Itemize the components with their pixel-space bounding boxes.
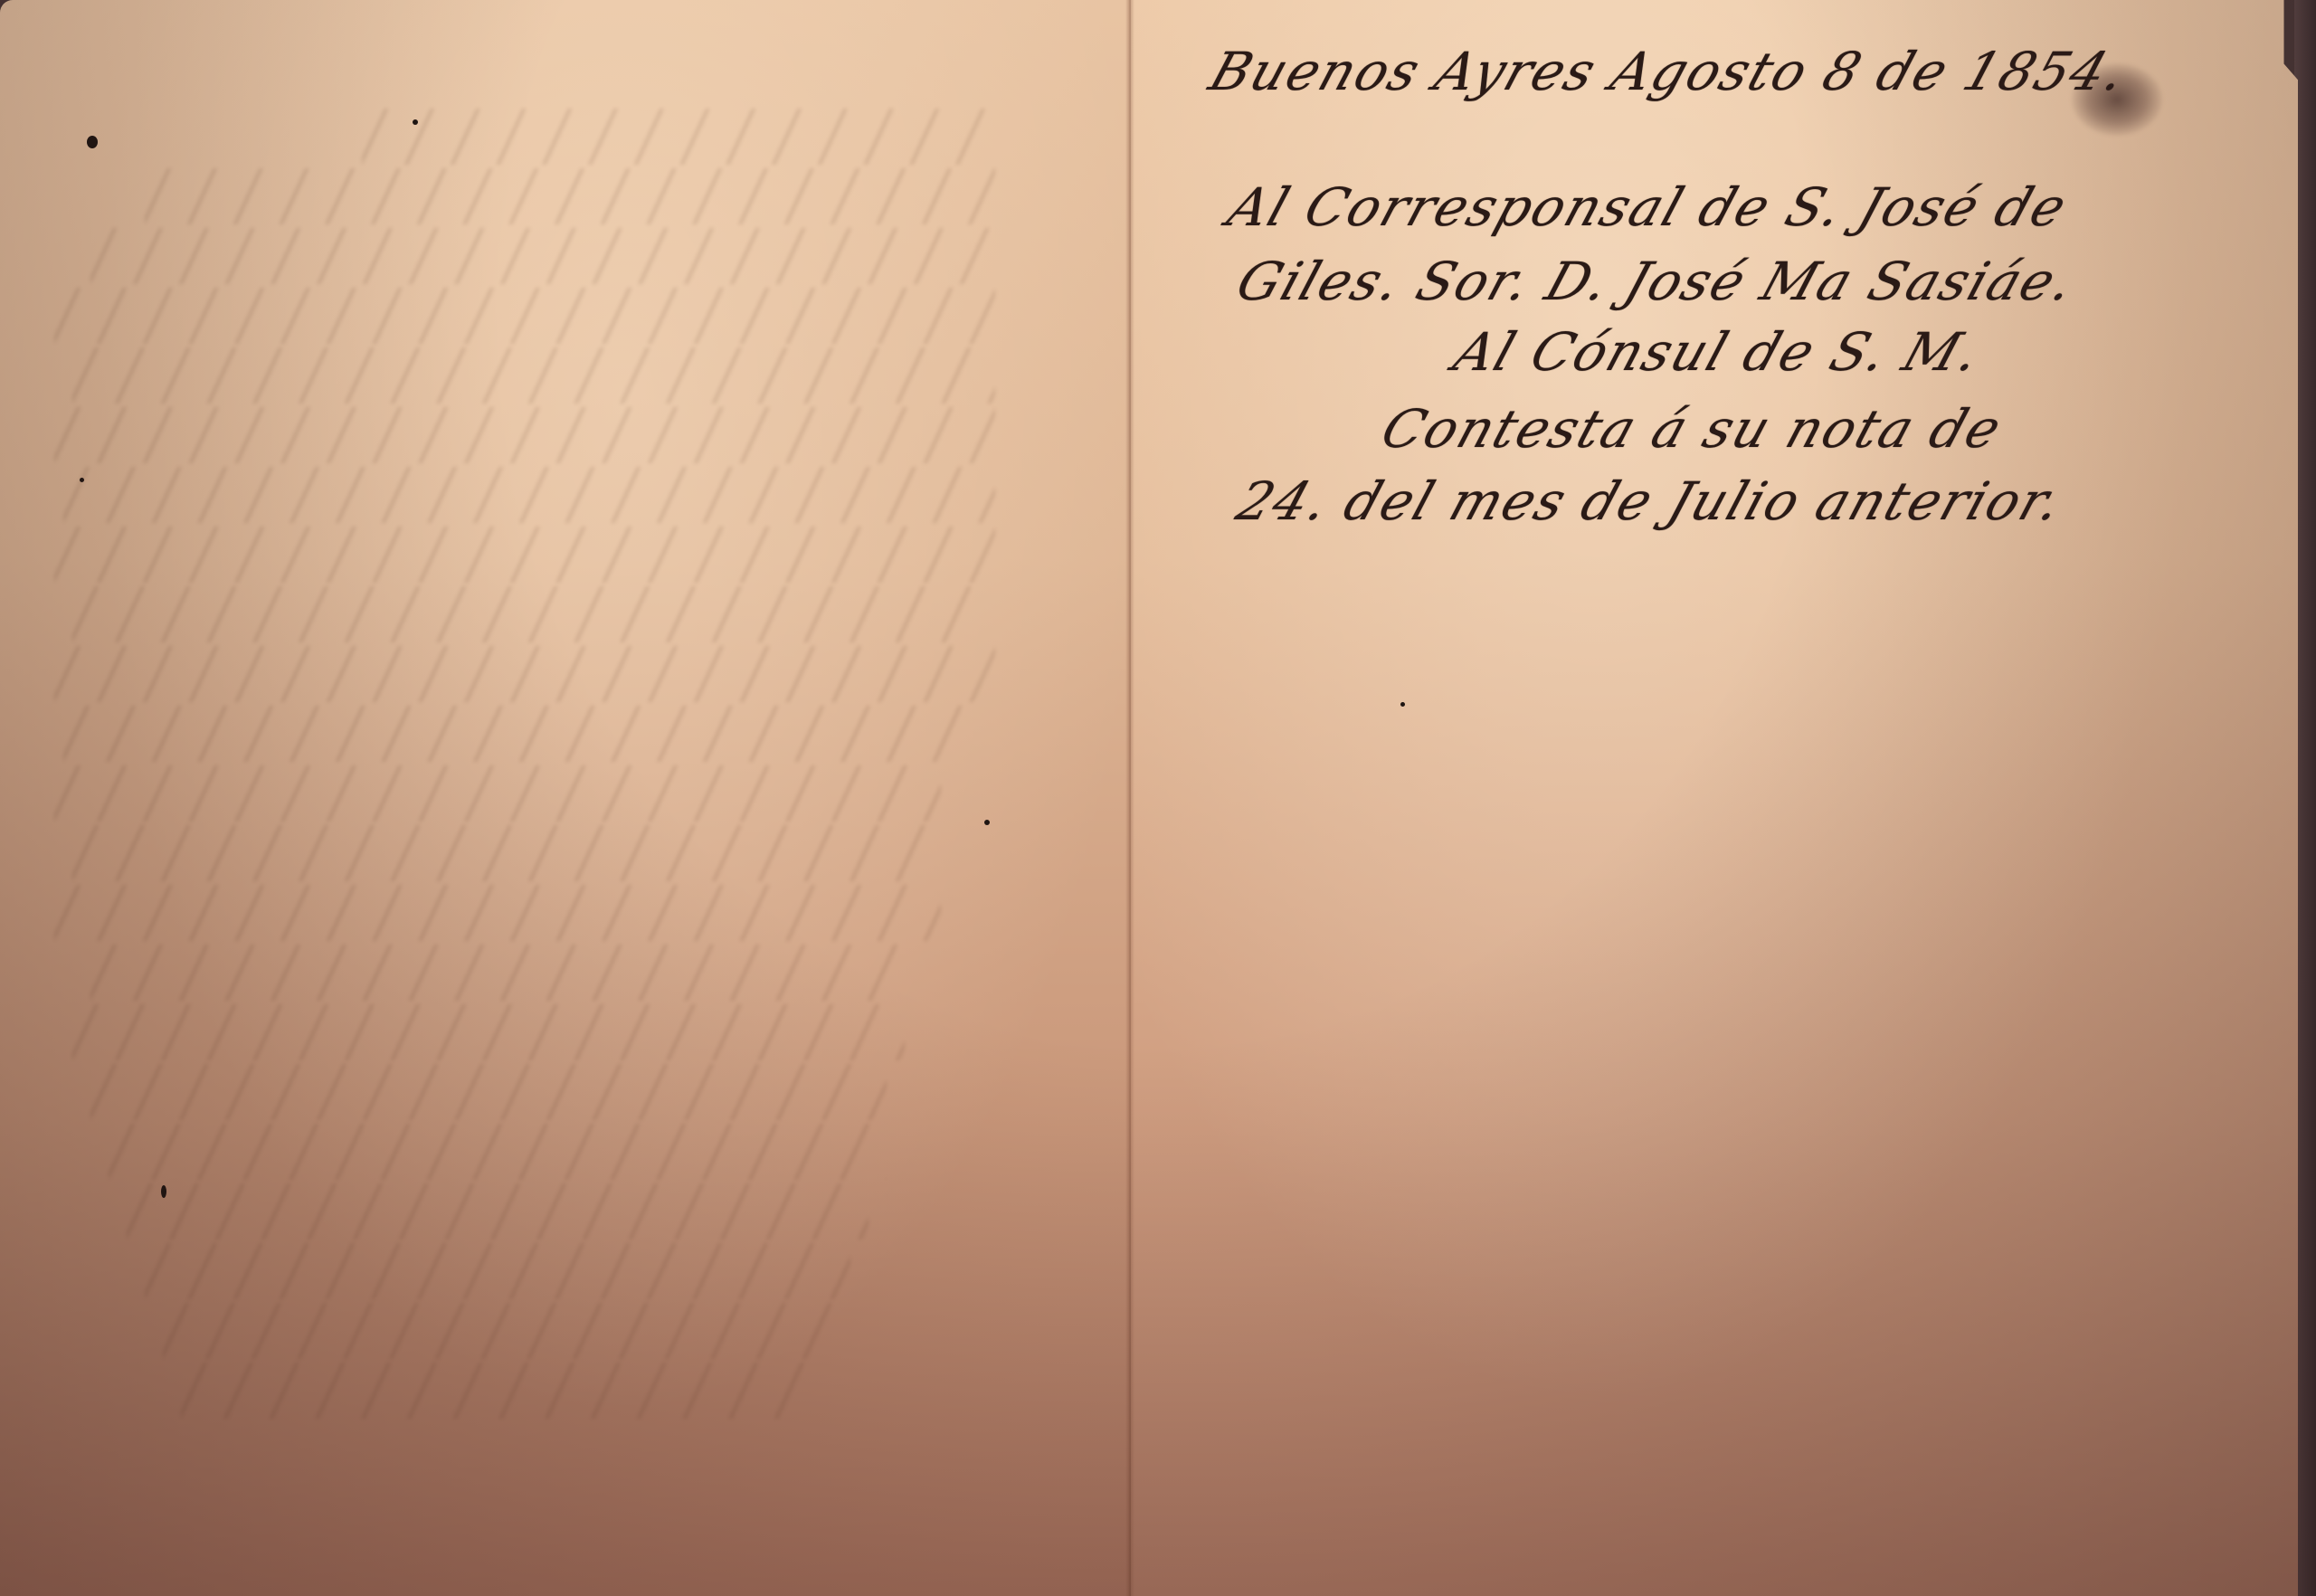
docket-line-consul: Al Cónsul de S. M.: [1448, 326, 1989, 378]
document-photo: Buenos Ayres Agosto 8 de 1854. Al Corres…: [0, 0, 2316, 1596]
ink-speck: [413, 119, 418, 125]
ink-speck: [984, 820, 990, 825]
docket-line-reference-date: 24. del mes de Julio anterior.: [1231, 475, 2070, 527]
docket-line-date: Buenos Ayres Agosto 8 de 1854.: [1204, 45, 2134, 98]
ink-speck: [80, 478, 84, 482]
ink-speck: [87, 136, 98, 148]
bleed-through-text: [36, 109, 1049, 1466]
page-fold: [1125, 0, 1134, 1596]
docket-line-reply: Contesta á su nota de: [1376, 403, 2009, 455]
right-page: [1131, 0, 2298, 1596]
ink-speck: [1400, 702, 1405, 707]
ink-speck: [161, 1185, 166, 1198]
docket-line-recipient-name: Giles. Sor. D. José Ma Sasiáe.: [1231, 255, 2083, 308]
docket-line-recipient: Al Corresponsal de S. José de: [1222, 181, 2074, 233]
left-page: [0, 0, 1131, 1596]
